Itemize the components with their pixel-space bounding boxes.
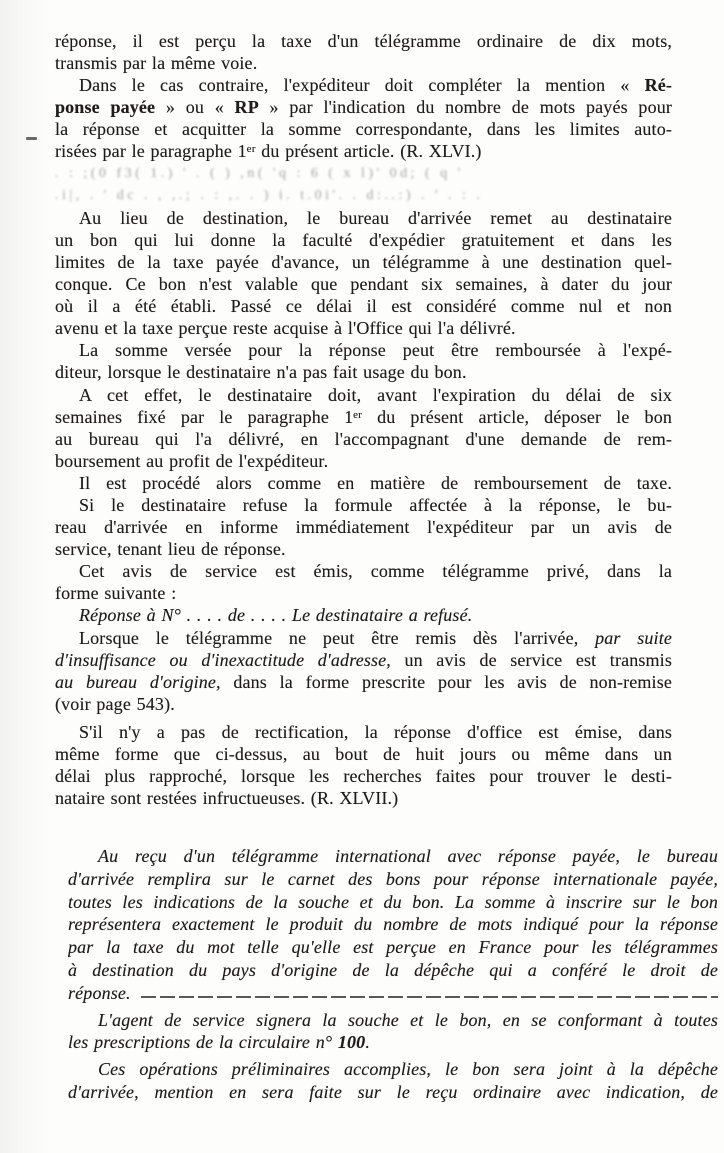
text-line: d'insuffisance ou d'inexactitude d'adres… [55,649,672,671]
text-segment-bold: RP [235,97,259,117]
text-line-italic: Au reçu d'un télégramme international av… [68,845,718,868]
text-segment-italic: au bureau d'origine, [55,672,221,692]
text-segment-italic: d'insuffisance ou d'inexactitude d'adres… [55,650,391,670]
text-line-italic: Réponse à N° . . . . de . . . . Le desti… [55,604,672,626]
text-line: risées par le paragraphe 1ᵉʳ du présent … [55,140,672,162]
text-line: S'il n'y a pas de rectification, la répo… [55,721,672,743]
text-line: Lorsque le télégramme ne peut être remis… [55,627,672,649]
text-line: un bon qui lui donne la faculté d'expédi… [55,229,672,251]
text-line: service, tenant lieu de réponse. [55,538,672,560]
text-segment-italic: réponse. [68,982,131,1005]
text-line: réponse, il est perçu la taxe d'un télég… [55,30,672,52]
margin-mark [26,137,37,140]
text-segment-bold: ponse payée [55,97,155,117]
scanned-document-page: réponse, il est perçu la taxe d'un télég… [0,0,724,1153]
text-line: nataire sont restées infructueuses. (R. … [55,787,672,809]
text-segment: Lorsque le télégramme ne peut être remis… [79,628,595,648]
text-line-italic: réponse. [68,982,718,1005]
text-line-italic: par la taxe du mot telle qu'elle est per… [68,936,718,959]
text-line: Cet avis de service est émis, comme télé… [55,560,672,582]
text-line: Si le destinataire refuse la formule aff… [55,494,672,516]
text-segment: » ou « [155,97,234,117]
bleed-through-artifact: .i|, . ' dc . , ,.; . : ,. . ) i. t.0i'.… [55,185,672,207]
text-line: A cet effet, le destinataire doit, avant… [55,384,672,406]
main-text-column: réponse, il est perçu la taxe d'un télég… [55,30,672,809]
text-line-italic: représentera exactement le produit du no… [68,913,718,936]
text-segment-bold: Ré- [645,75,672,95]
text-line: délai plus rapproché, lorsque les recher… [55,765,672,787]
text-line: ponse payée » ou « RP » par l'indication… [55,96,672,118]
text-line: où il a été établi. Passé ce délai il es… [55,295,672,317]
text-line: forme suivante : [55,582,672,604]
text-segment-bold-italic: 100 [338,1032,365,1052]
dashed-rule [141,996,718,998]
text-line: diteur, lorsque le destinataire n'a pas … [55,361,672,383]
text-line: Il est procédé alors comme en matière de… [55,472,672,494]
text-line: boursement au profit de l'expéditeur. [55,450,672,472]
text-segment-italic: . [365,1032,370,1052]
text-segment-italic: les prescriptions de la circulaire n° [68,1032,338,1052]
text-line: au bureau d'origine, dans la forme presc… [55,671,672,693]
text-segment: dans la forme prescrite pour les avis de… [221,672,672,692]
text-line-italic: les prescriptions de la circulaire n° 10… [68,1031,718,1054]
text-line: la réponse et acquitter la somme corresp… [55,118,672,140]
italic-note-block: Au reçu d'un télégramme international av… [68,845,718,1104]
text-line: transmis par la même voie. [55,52,672,74]
text-line-italic: toutes les indications de la souche et d… [68,891,718,914]
text-line: La somme versée pour la réponse peut êtr… [55,339,672,361]
text-line: Dans le cas contraire, l'expéditeur doit… [55,74,672,96]
text-line: reau d'arrivée en informe immédiatement … [55,516,672,538]
text-line-italic: d'arrivée, mention en sera faite sur le … [68,1081,718,1104]
text-line-italic: L'agent de service signera la souche et … [68,1009,718,1032]
text-line: au bureau qui l'a délivré, en l'accompag… [55,428,672,450]
text-line-italic: à destination du pays d'origine de la dé… [68,959,718,982]
text-line: Au lieu de destination, le bureau d'arri… [55,207,672,229]
text-segment-italic: par suite [595,628,672,648]
text-segment: un avis de service est transmis [391,650,672,670]
text-line: conque. Ce bon n'est valable que pendant… [55,273,672,295]
bleed-through-artifact: . : ;(0 f3( 1.) ' . ( ) ,n( 'q : 6 ( x l… [55,163,672,185]
text-segment: » par l'indication du nombre de mots pay… [259,97,672,117]
text-line-italic: d'arrivée remplira sur le carnet des bon… [68,868,718,891]
text-line-italic: Ces opérations préliminaires accomplies,… [68,1058,718,1081]
text-line: semaines fixé par le paragraphe 1ᵉʳ du p… [55,406,672,428]
text-segment: Dans le cas contraire, l'expéditeur doit… [79,75,645,95]
text-line: (voir page 543). [55,693,672,715]
text-line: limites de la taxe payée d'avance, un té… [55,251,672,273]
text-line: avenu et la taxe perçue reste acquise à … [55,317,672,339]
text-line: même forme que ci-dessus, au bout de hui… [55,743,672,765]
